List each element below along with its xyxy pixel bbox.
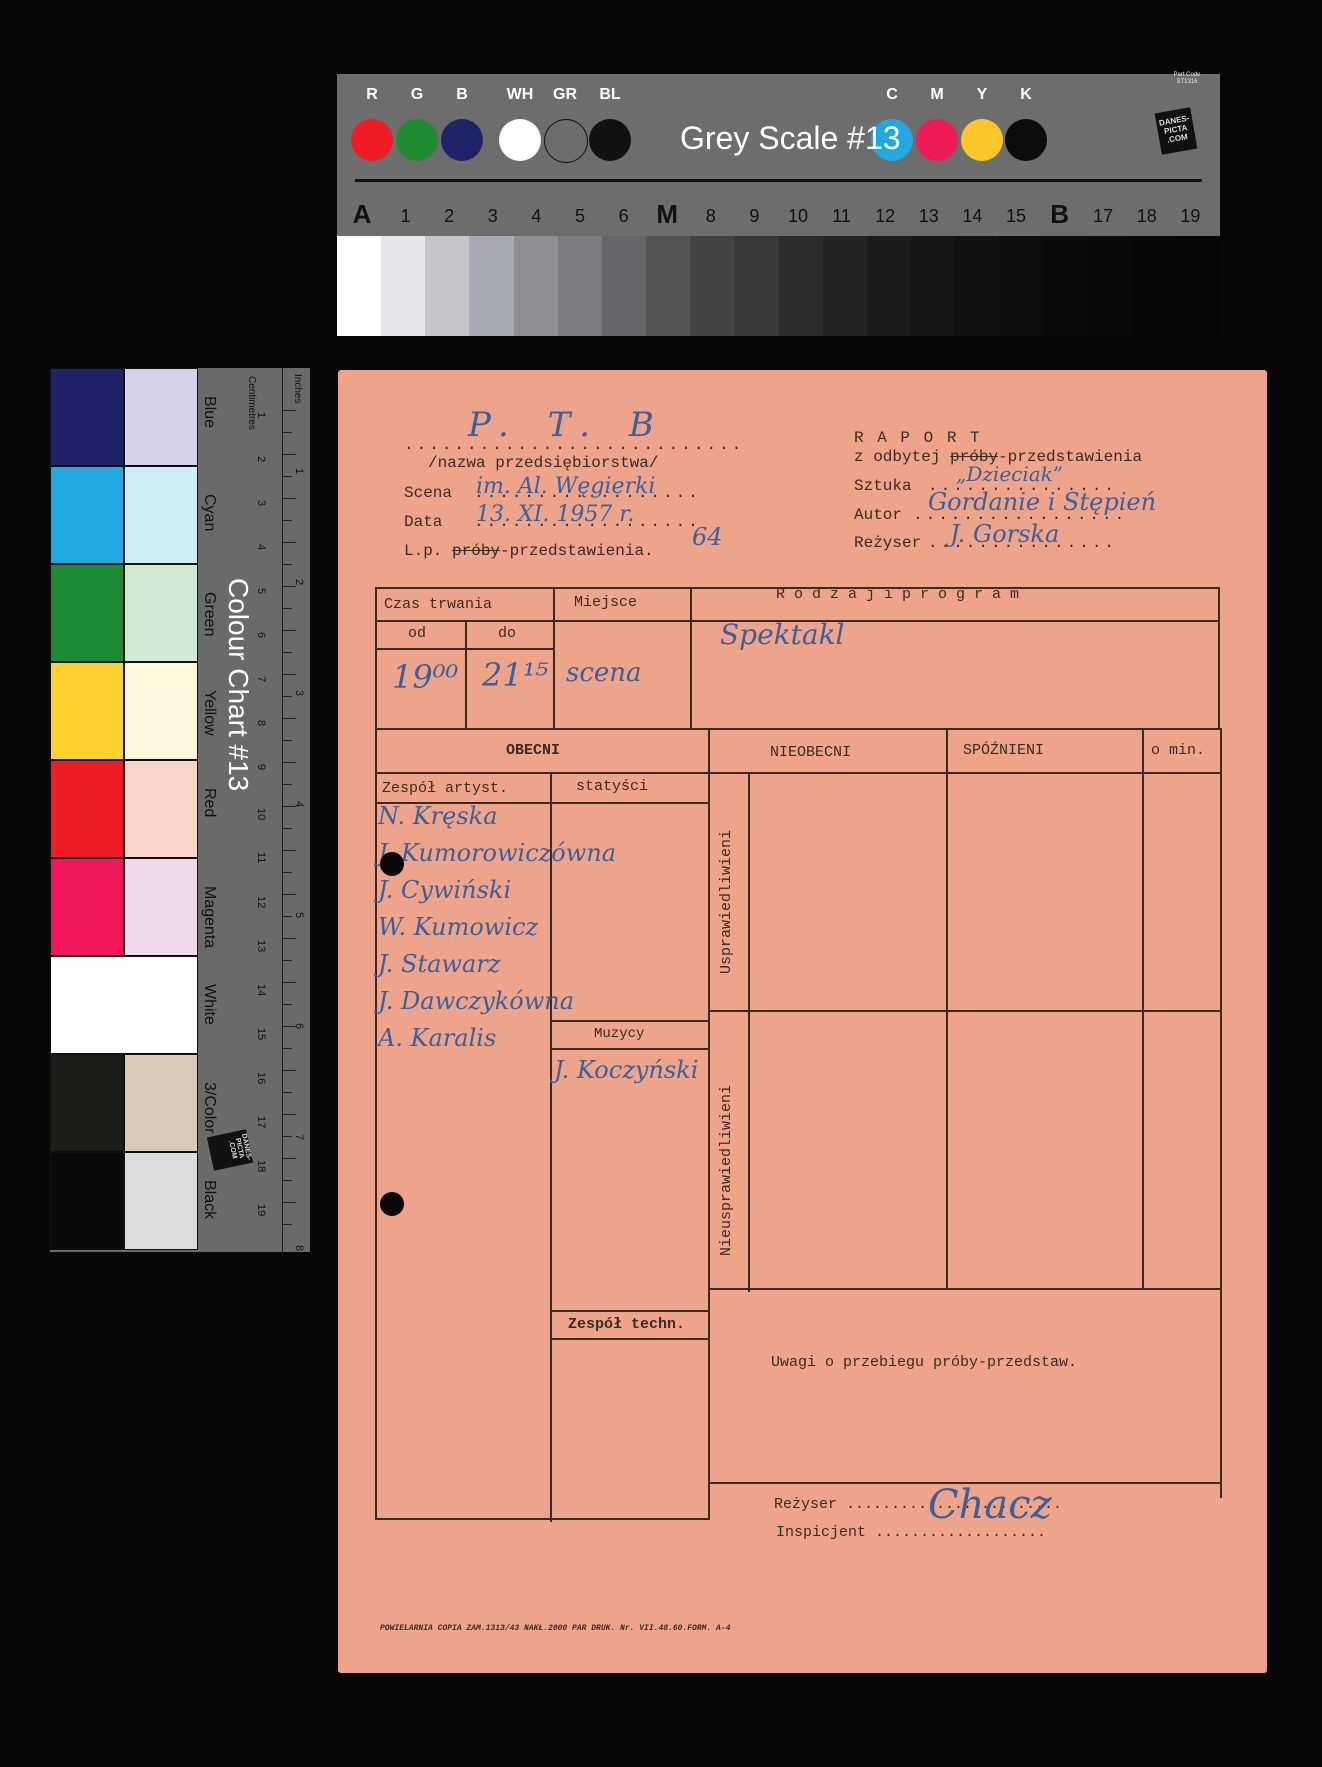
tick (282, 850, 296, 851)
lp-value: 64 (692, 523, 723, 551)
table-line (550, 1310, 708, 1312)
tick (282, 1004, 292, 1005)
grey-step (955, 236, 999, 336)
tick (282, 630, 296, 631)
autor-value: Gordanie i Stępień (928, 488, 1156, 516)
scale-label: A (342, 199, 382, 230)
swatch-label: Y (962, 86, 1002, 104)
scale-label: 14 (952, 206, 992, 227)
rodzaj-value: Spektakl (720, 618, 845, 651)
patch-dark (50, 564, 124, 662)
centimetres-label: Centimetres (246, 376, 257, 430)
scale-label: 13 (909, 206, 949, 227)
grey-scale-title: Grey Scale #13 (680, 120, 901, 157)
inch-tick-label: 4 (293, 801, 305, 807)
miejsce-header: Miejsce (574, 594, 637, 611)
grey-step (337, 236, 381, 336)
scale-label: 10 (778, 206, 818, 227)
table-line (690, 587, 692, 730)
cm-tick-label: 2 (255, 456, 267, 462)
od-value: 19⁰⁰ (392, 658, 458, 696)
tick (282, 784, 292, 785)
patch-white (50, 956, 198, 1054)
tick (282, 1070, 296, 1071)
rezyser-value: J. Gorska (950, 520, 1059, 548)
table-line (375, 728, 1220, 730)
swatch-label: WH (500, 86, 540, 104)
scale-label: 6 (604, 206, 644, 227)
raport-title: R A P O R T (854, 429, 982, 447)
tick (282, 938, 296, 939)
tick (282, 1136, 292, 1137)
autor-label: Autor (854, 506, 902, 524)
printer-line: POWIELARNIA COPIA ZAM.1313/43 NAKŁ.2000 … (380, 1624, 730, 1633)
table-line (708, 1010, 1222, 1012)
swatch-label: M (917, 86, 957, 104)
scale-label: 11 (822, 206, 862, 227)
patch-name: Cyan (200, 494, 218, 531)
scale-label: 17 (1083, 206, 1123, 227)
table-line (375, 648, 553, 650)
table-line (946, 728, 948, 1288)
tick (282, 828, 292, 829)
inch-tick-label: 3 (293, 690, 305, 696)
patch-light (124, 1152, 198, 1250)
tick (282, 520, 292, 521)
cm-tick-label: 5 (255, 588, 267, 594)
artist-name: J. Dawczykówna (378, 987, 574, 1015)
patch-name: Red (200, 788, 218, 817)
table-line (1218, 587, 1220, 730)
cm-tick-label: 10 (255, 808, 267, 820)
data-label: Data (404, 513, 442, 531)
tick (282, 1224, 292, 1225)
cm-tick-label: 1 (255, 412, 267, 418)
patch-name: Green (200, 592, 218, 636)
spoznieni-header: SPÓŹNIENI (963, 742, 1044, 759)
tick (282, 718, 296, 719)
scale-label: 12 (865, 206, 905, 227)
swatch-label: BL (590, 86, 630, 104)
scena-label: Scena (404, 484, 452, 502)
cm-tick-label: 4 (255, 544, 267, 550)
do-value: 21¹⁵ (482, 656, 548, 694)
nieusprawiedliwieni-label: Nieusprawiedliwieni (718, 1060, 735, 1280)
patch-light (124, 662, 198, 760)
od-header: od (408, 625, 426, 642)
tick (282, 740, 292, 741)
swatch-label: K (1006, 86, 1046, 104)
swatch-y (961, 119, 1003, 161)
czas-trwania-header: Czas trwania (384, 596, 492, 613)
tick (282, 1158, 296, 1159)
artist-name: J. Kumorowiczówna (378, 839, 616, 867)
patch-light (124, 1054, 198, 1152)
rezyser-label: Reżyser (854, 534, 921, 552)
tick (282, 1048, 292, 1049)
grey-step (911, 236, 955, 336)
table-line (550, 1020, 708, 1022)
report-form: P. T. B ........................... /naz… (338, 370, 1267, 1673)
zespol-artyst-header: Zespół artyst. (382, 780, 508, 797)
dotted-line: ........................... (404, 436, 744, 454)
tick (282, 982, 296, 983)
sztuka-label: Sztuka (854, 477, 912, 495)
scale-label: 4 (516, 206, 556, 227)
danes-picta-logo: DANES-PICTA .COM (207, 1129, 253, 1171)
table-line (708, 728, 710, 1520)
tick (282, 674, 296, 675)
table-line (550, 772, 552, 1522)
artist-name: A. Karalis (378, 1024, 496, 1052)
cm-tick-label: 13 (255, 940, 267, 952)
grey-step (425, 236, 469, 336)
tick (282, 1092, 292, 1093)
swatch-r (351, 119, 393, 161)
patch-name: Magenta (200, 886, 218, 948)
patch-dark (50, 368, 124, 466)
lp-label: L.p. próby-przedstawienia. (404, 542, 654, 560)
tick (282, 960, 292, 961)
scale-label: 3 (473, 206, 513, 227)
grey-step (1176, 236, 1220, 336)
scale-label: 15 (996, 206, 1036, 227)
tick (282, 652, 292, 653)
table-line (748, 772, 750, 1292)
grey-scale-card: Part CodeST1316 RGBWHGRBLCMYK Grey Scale… (337, 74, 1220, 336)
table-line (553, 587, 555, 730)
swatch-label: GR (545, 86, 585, 104)
tick (282, 608, 292, 609)
grey-step (381, 236, 425, 336)
swatch-m (916, 119, 958, 161)
table-line (1142, 728, 1144, 1288)
cm-tick-label: 9 (255, 764, 267, 770)
patch-light (124, 466, 198, 564)
musician-name: J. Koczyński (554, 1056, 698, 1084)
grey-step (1044, 236, 1088, 336)
colour-chart-card: BlueCyanGreenYellowRedMagentaWhite3/Colo… (50, 368, 310, 1252)
swatch-label: C (872, 86, 912, 104)
tick (282, 498, 296, 499)
tick (282, 1180, 292, 1181)
table-line (550, 1338, 708, 1340)
tick (282, 894, 296, 895)
grey-step (779, 236, 823, 336)
tick (282, 564, 292, 565)
cm-tick-label: 8 (255, 720, 267, 726)
o-min-header: o min. (1143, 742, 1205, 759)
grey-step (1088, 236, 1132, 336)
patch-dark (50, 760, 124, 858)
ruler (282, 368, 311, 1252)
signature: Chacz (928, 1482, 1052, 1528)
scale-label: 8 (691, 206, 731, 227)
grey-step (514, 236, 558, 336)
cm-tick-label: 18 (255, 1160, 267, 1172)
swatch-k (1005, 119, 1047, 161)
company-caption: /nazwa przedsiębiorstwa/ (428, 454, 658, 472)
tick (282, 872, 292, 873)
swatch-gr (544, 119, 588, 163)
scena-value: im. Al. Węgierki (476, 474, 655, 499)
do-header: do (498, 625, 516, 642)
cm-tick-label: 17 (255, 1116, 267, 1128)
table-line (1220, 728, 1222, 1498)
patch-light (124, 760, 198, 858)
patch-dark (50, 466, 124, 564)
cm-tick-label: 6 (255, 632, 267, 638)
scale-label: 2 (429, 206, 469, 227)
swatch-label: G (397, 86, 437, 104)
patch-name: Blue (200, 396, 218, 428)
tick (282, 476, 292, 477)
grey-step (999, 236, 1043, 336)
table-line (550, 1048, 708, 1050)
grey-step (646, 236, 690, 336)
patch-dark (50, 858, 124, 956)
cm-tick-label: 11 (255, 852, 267, 863)
artist-name: J. Stawarz (378, 950, 500, 978)
patch-name: 3/Color (200, 1082, 218, 1134)
inch-tick-label: 8 (293, 1245, 305, 1251)
patch-dark (50, 662, 124, 760)
swatch-label: R (352, 86, 392, 104)
scale-label: 19 (1170, 206, 1210, 227)
cm-tick-label: 7 (255, 676, 267, 682)
tick (282, 916, 292, 917)
table-line (465, 620, 467, 730)
grey-step (1132, 236, 1176, 336)
tick (282, 762, 296, 763)
punch-hole (380, 852, 404, 876)
grey-step (734, 236, 778, 336)
cm-tick-label: 12 (255, 896, 267, 908)
artist-name: J. Cywiński (378, 876, 511, 904)
tick (282, 454, 296, 455)
scale-label: 9 (734, 206, 774, 227)
cm-tick-label: 16 (255, 1072, 267, 1084)
inch-tick-label: 1 (293, 468, 305, 474)
miejsce-value: scena (566, 658, 642, 688)
cm-tick-label: 15 (255, 1028, 267, 1040)
patch-name: Black (200, 1180, 218, 1219)
patch-light (124, 564, 198, 662)
table-line (708, 1288, 1222, 1290)
swatch-g (396, 119, 438, 161)
scale-label: M (647, 199, 687, 230)
table-line (375, 772, 1222, 774)
cm-tick-label: 19 (255, 1204, 267, 1216)
tick (282, 1202, 296, 1203)
statysci-header: statyści (576, 778, 648, 795)
sztuka-value: „Dzieciak” (956, 462, 1063, 486)
grey-scale-steps (337, 236, 1220, 336)
zespol-techn-header: Zespół techn. (568, 1316, 685, 1333)
grey-step (690, 236, 734, 336)
nieobecni-header: NIEOBECNI (770, 744, 851, 761)
grey-step (867, 236, 911, 336)
obecni-header: OBECNI (506, 742, 560, 759)
inch-tick-label: 2 (293, 579, 305, 585)
cm-tick-label: 3 (255, 500, 267, 506)
tick (282, 696, 292, 697)
divider (355, 179, 1202, 182)
patch-name: White (200, 984, 218, 1025)
patch-light (124, 858, 198, 956)
cm-tick-label: 14 (255, 984, 267, 996)
scale-label: B (1040, 199, 1080, 230)
inch-tick-label: 5 (293, 912, 305, 918)
grey-step (469, 236, 513, 336)
tick (282, 1114, 296, 1115)
patch-dark (50, 1152, 124, 1250)
table-line (375, 1518, 710, 1520)
colour-chart-title: Colour Chart #13 (222, 578, 254, 791)
tick (282, 542, 296, 543)
uwagi-label: Uwagi o przebiegu próby-przedstaw. (771, 1354, 1077, 1371)
tick (282, 432, 292, 433)
swatch-label: B (442, 86, 482, 104)
grey-step (823, 236, 867, 336)
punch-hole (380, 1192, 404, 1216)
muzycy-header: Muzycy (594, 1026, 644, 1042)
danes-picta-logo: DANES-PICTA .COM (1155, 107, 1198, 155)
inch-tick-label: 7 (293, 1134, 305, 1140)
table-line (375, 587, 377, 730)
artist-name: N. Kręska (378, 802, 498, 830)
swatch-wh (499, 119, 541, 161)
tick (282, 410, 296, 411)
patch-dark (50, 1054, 124, 1152)
swatch-bl (589, 119, 631, 161)
patch-light (124, 368, 198, 466)
inch-tick-label: 6 (293, 1023, 305, 1029)
part-code: Part CodeST1316 (1167, 72, 1207, 86)
grey-step (558, 236, 602, 336)
scale-label: 18 (1127, 206, 1167, 227)
usprawiedliwieni-label: Usprawiedliwieni (718, 802, 735, 1002)
patch-name: Yellow (200, 690, 218, 736)
table-line (375, 728, 377, 1520)
scale-label: 1 (386, 206, 426, 227)
artist-name: W. Kumowicz (378, 913, 538, 941)
rodzaj-header: R o d z a j i p r o g r a m (776, 586, 1019, 603)
grey-step (602, 236, 646, 336)
data-value: 13. XI. 1957 r. (476, 502, 634, 527)
tick (282, 586, 296, 587)
scale-label: 5 (560, 206, 600, 227)
swatch-b (441, 119, 483, 161)
